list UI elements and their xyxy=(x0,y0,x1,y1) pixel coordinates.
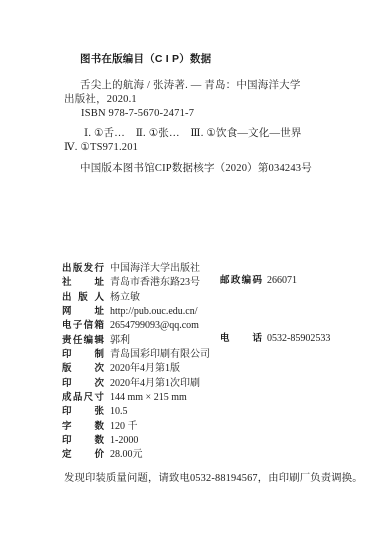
cip-classification-line-1: Ⅰ. ①舌… Ⅱ. ①张… Ⅲ. ①饮食—文化—世界 xyxy=(64,127,344,141)
email-value: 2654799093@qq.com xyxy=(110,320,199,331)
website-url: http://pub.ouc.edu.cn/ xyxy=(110,306,198,317)
postal-code-label: 邮政编码 xyxy=(220,274,262,288)
phone-value: 0532-85902533 xyxy=(267,332,330,346)
field-value: 1-2000 xyxy=(110,435,138,446)
colophon-block: 出版发行中国海洋大学出版社 社址青岛市香港东路23号 邮政编码266071 出版… xyxy=(62,260,372,461)
postal-code-value: 266071 xyxy=(267,274,297,288)
quality-note: 发现印装质量问题，请致电0532-88194567，由印刷厂负责调换。 xyxy=(64,472,363,486)
colophon-row-size: 成品尺寸144 mm × 215 mm xyxy=(62,389,372,403)
phone-label: 电话 xyxy=(220,332,262,346)
field-value: 杨立敏 xyxy=(110,292,140,303)
colophon-row-address: 社址青岛市香港东路23号 邮政编码266071 xyxy=(62,274,372,288)
colophon-row-website: 网址http://pub.ouc.edu.cn/ xyxy=(62,303,372,317)
field-value: 青岛国彩印刷有限公司 xyxy=(110,349,210,360)
cip-title-line-1: 舌尖上的航海 / 张涛著. — 青岛：中国海洋大学 xyxy=(64,79,344,93)
field-value: 青岛市香港东路23号 xyxy=(110,277,200,288)
field-value: 2020年4月第1版 xyxy=(110,363,180,374)
colophon-row-wordcount: 字数120 千 xyxy=(62,418,372,432)
colophon-row-price: 定价28.00元 xyxy=(62,446,372,460)
cip-classification-line-2: Ⅳ. ①TS971.201 xyxy=(64,141,344,155)
colophon-row-edition: 版次2020年4月第1版 xyxy=(62,360,372,374)
colophon-row-printrun: 印数1-2000 xyxy=(62,432,372,446)
field-value: 郭利 xyxy=(110,335,130,346)
field-value: 10.5 xyxy=(110,406,128,417)
field-value: 中国海洋大学出版社 xyxy=(110,263,200,274)
field-label: 定价 xyxy=(62,448,104,462)
isbn-line: ISBN 978-7-5670-2471-7 xyxy=(64,107,344,121)
colophon-row-publisher: 出版发行中国海洋大学出版社 xyxy=(62,260,372,274)
cip-header: 图书在版编目（C I P）数据 xyxy=(64,52,344,66)
colophon-row-email: 电子信箱2654799093@qq.com xyxy=(62,317,372,331)
colophon-row-editor: 责任编辑郭利 电话0532-85902533 xyxy=(62,332,372,346)
cip-title-line-2: 出版社，2020.1 xyxy=(64,93,344,107)
colophon-row-sheets: 印张10.5 xyxy=(62,403,372,417)
field-value: 2020年4月第1次印刷 xyxy=(110,378,200,389)
cip-record-number: 中国版本图书馆CIP数据核字（2020）第034243号 xyxy=(64,162,344,176)
price-value: 28.00元 xyxy=(110,449,143,460)
cip-block: 图书在版编目（C I P）数据 舌尖上的航海 / 张涛著. — 青岛：中国海洋大… xyxy=(64,52,344,176)
colophon-row-printer: 印制青岛国彩印刷有限公司 xyxy=(62,346,372,360)
field-value: 120 千 xyxy=(110,421,138,432)
colophon-row-publisher-person: 出版人杨立敏 xyxy=(62,289,372,303)
copyright-page: 图书在版编目（C I P）数据 舌尖上的航海 / 张涛著. — 青岛：中国海洋大… xyxy=(0,0,375,552)
field-value: 144 mm × 215 mm xyxy=(110,392,187,403)
colophon-row-impression: 印次2020年4月第1次印刷 xyxy=(62,375,372,389)
